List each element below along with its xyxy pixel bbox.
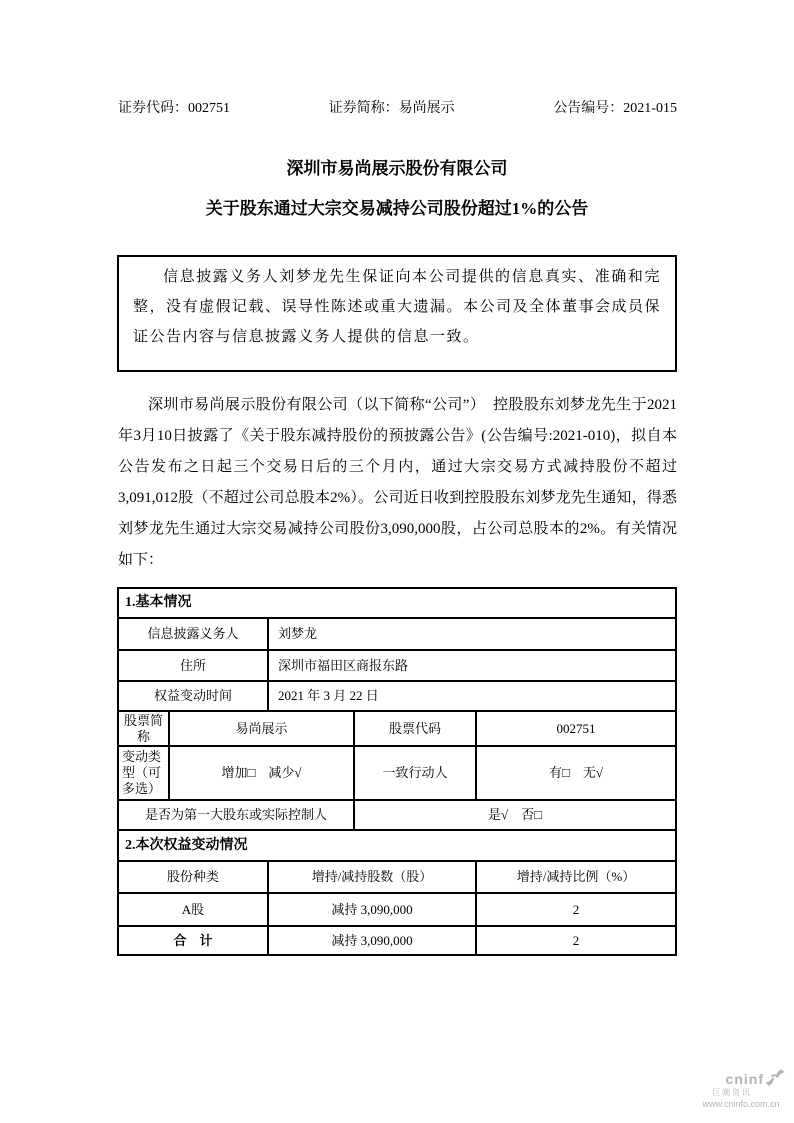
cninfo-chinese-name: 巨潮资讯 [697, 1088, 767, 1097]
document-title: 深圳市易尚展示股份有限公司 关于股东通过大宗交易减持公司股份超过1%的公告 [60, 154, 734, 219]
stock-abbr-value-cell: 易尚展示 [170, 712, 355, 745]
change-date-label-cell: 权益变动时间 [119, 682, 269, 710]
table-row: 股票简称 易尚展示 股票代码 002751 [119, 710, 675, 745]
table-row: 2.本次权益变动情况 [119, 829, 675, 860]
total-ratio-cell: 2 [477, 927, 675, 954]
total-type-cell: 合 计 [119, 927, 269, 954]
cninfo-brand-text: cninf [726, 1072, 764, 1086]
body-paragraph-text: 深圳市易尚展示股份有限公司（以下简称“公司”） 控股股东刘梦龙先生于2021年3… [118, 397, 677, 568]
disclosure-statement-text: 信息披露义务人刘梦龙先生保证向本公司提供的信息真实、准确和完整，没有虚假记载、误… [133, 269, 661, 345]
address-label-cell: 住所 [119, 651, 269, 680]
share-ratio-header-cell: 增持/减持比例（%） [477, 862, 675, 892]
cninfo-watermark: cninf 巨潮资讯 www.cninfo.com.cn [697, 1069, 785, 1110]
change-date-value-cell: 2021 年 3 月 22 日 [269, 682, 675, 710]
acting-concert-value-cell: 有□ 无√ [477, 747, 675, 799]
disclosure-statement-box: 信息披露义务人刘梦龙先生保证向本公司提供的信息真实、准确和完整，没有虚假记载、误… [117, 255, 677, 372]
stock-abbr-label-cell: 股票简称 [119, 712, 170, 745]
a-share-count-cell: 减持 3,090,000 [269, 894, 477, 925]
company-name-title: 深圳市易尚展示股份有限公司 [60, 154, 734, 179]
discloser-label-cell: 信息披露义务人 [119, 619, 269, 649]
stock-abbr-label: 证券简称：易尚展示 [329, 97, 455, 117]
table-header-row: 股份种类 增持/减持股数（股） 增持/减持比例（%） [119, 860, 675, 892]
change-type-label-cell: 变动类型（可多选） [119, 747, 170, 799]
announcement-title: 关于股东通过大宗交易减持公司股份超过1%的公告 [60, 194, 734, 219]
section2-title: 2.本次权益变动情况 [119, 831, 675, 860]
acting-concert-label-cell: 一致行动人 [355, 747, 477, 799]
change-type-value-cell: 增加□ 减少√ [170, 747, 355, 799]
total-count-cell: 减持 3,090,000 [269, 927, 477, 954]
stock-code-value-cell: 002751 [477, 712, 675, 745]
cninfo-brand-line: cninf [697, 1069, 785, 1088]
table-total-row: 合 计 减持 3,090,000 2 [119, 925, 675, 954]
table-row: 住所 深圳市福田区商报东路 [119, 649, 675, 680]
controller-label-cell: 是否为第一大股东或实际控制人 [119, 801, 355, 829]
table-row: 是否为第一大股东或实际控制人 是√ 否□ [119, 799, 675, 829]
discloser-value-cell: 刘梦龙 [269, 619, 675, 649]
table-row: 权益变动时间 2021 年 3 月 22 日 [119, 680, 675, 710]
share-count-header-cell: 增持/减持股数（股） [269, 862, 477, 892]
table-row: 变动类型（可多选） 增加□ 减少√ 一致行动人 有□ 无√ [119, 745, 675, 799]
table-row: 信息披露义务人 刘梦龙 [119, 617, 675, 649]
cninfo-url: www.cninfo.com.cn [697, 1099, 785, 1110]
stock-code-label: 证券代码：002751 [118, 97, 230, 117]
document-header-line: 证券代码：002751 证券简称：易尚展示 公告编号：2021-015 [118, 97, 677, 117]
table-row: A股 减持 3,090,000 2 [119, 892, 675, 925]
announcement-number-label: 公告编号：2021-015 [553, 97, 677, 117]
controller-value-cell: 是√ 否□ [355, 801, 675, 829]
a-share-ratio-cell: 2 [477, 894, 675, 925]
a-share-type-cell: A股 [119, 894, 269, 925]
announcement-table: 1.基本情况 信息披露义务人 刘梦龙 住所 深圳市福田区商报东路 权益变动时间 … [117, 587, 677, 956]
body-paragraph: 深圳市易尚展示股份有限公司（以下简称“公司”） 控股股东刘梦龙先生于2021年3… [118, 390, 677, 576]
announcement-document-page: 证券代码：002751 证券简称：易尚展示 公告编号：2021-015 深圳市易… [0, 0, 794, 1123]
address-value-cell: 深圳市福田区商报东路 [269, 651, 675, 680]
share-class-header-cell: 股份种类 [119, 862, 269, 892]
table-row: 1.基本情况 [119, 589, 675, 617]
cninfo-logo-icon [765, 1069, 785, 1088]
section1-title: 1.基本情况 [119, 589, 675, 617]
stock-code-label-cell: 股票代码 [355, 712, 477, 745]
